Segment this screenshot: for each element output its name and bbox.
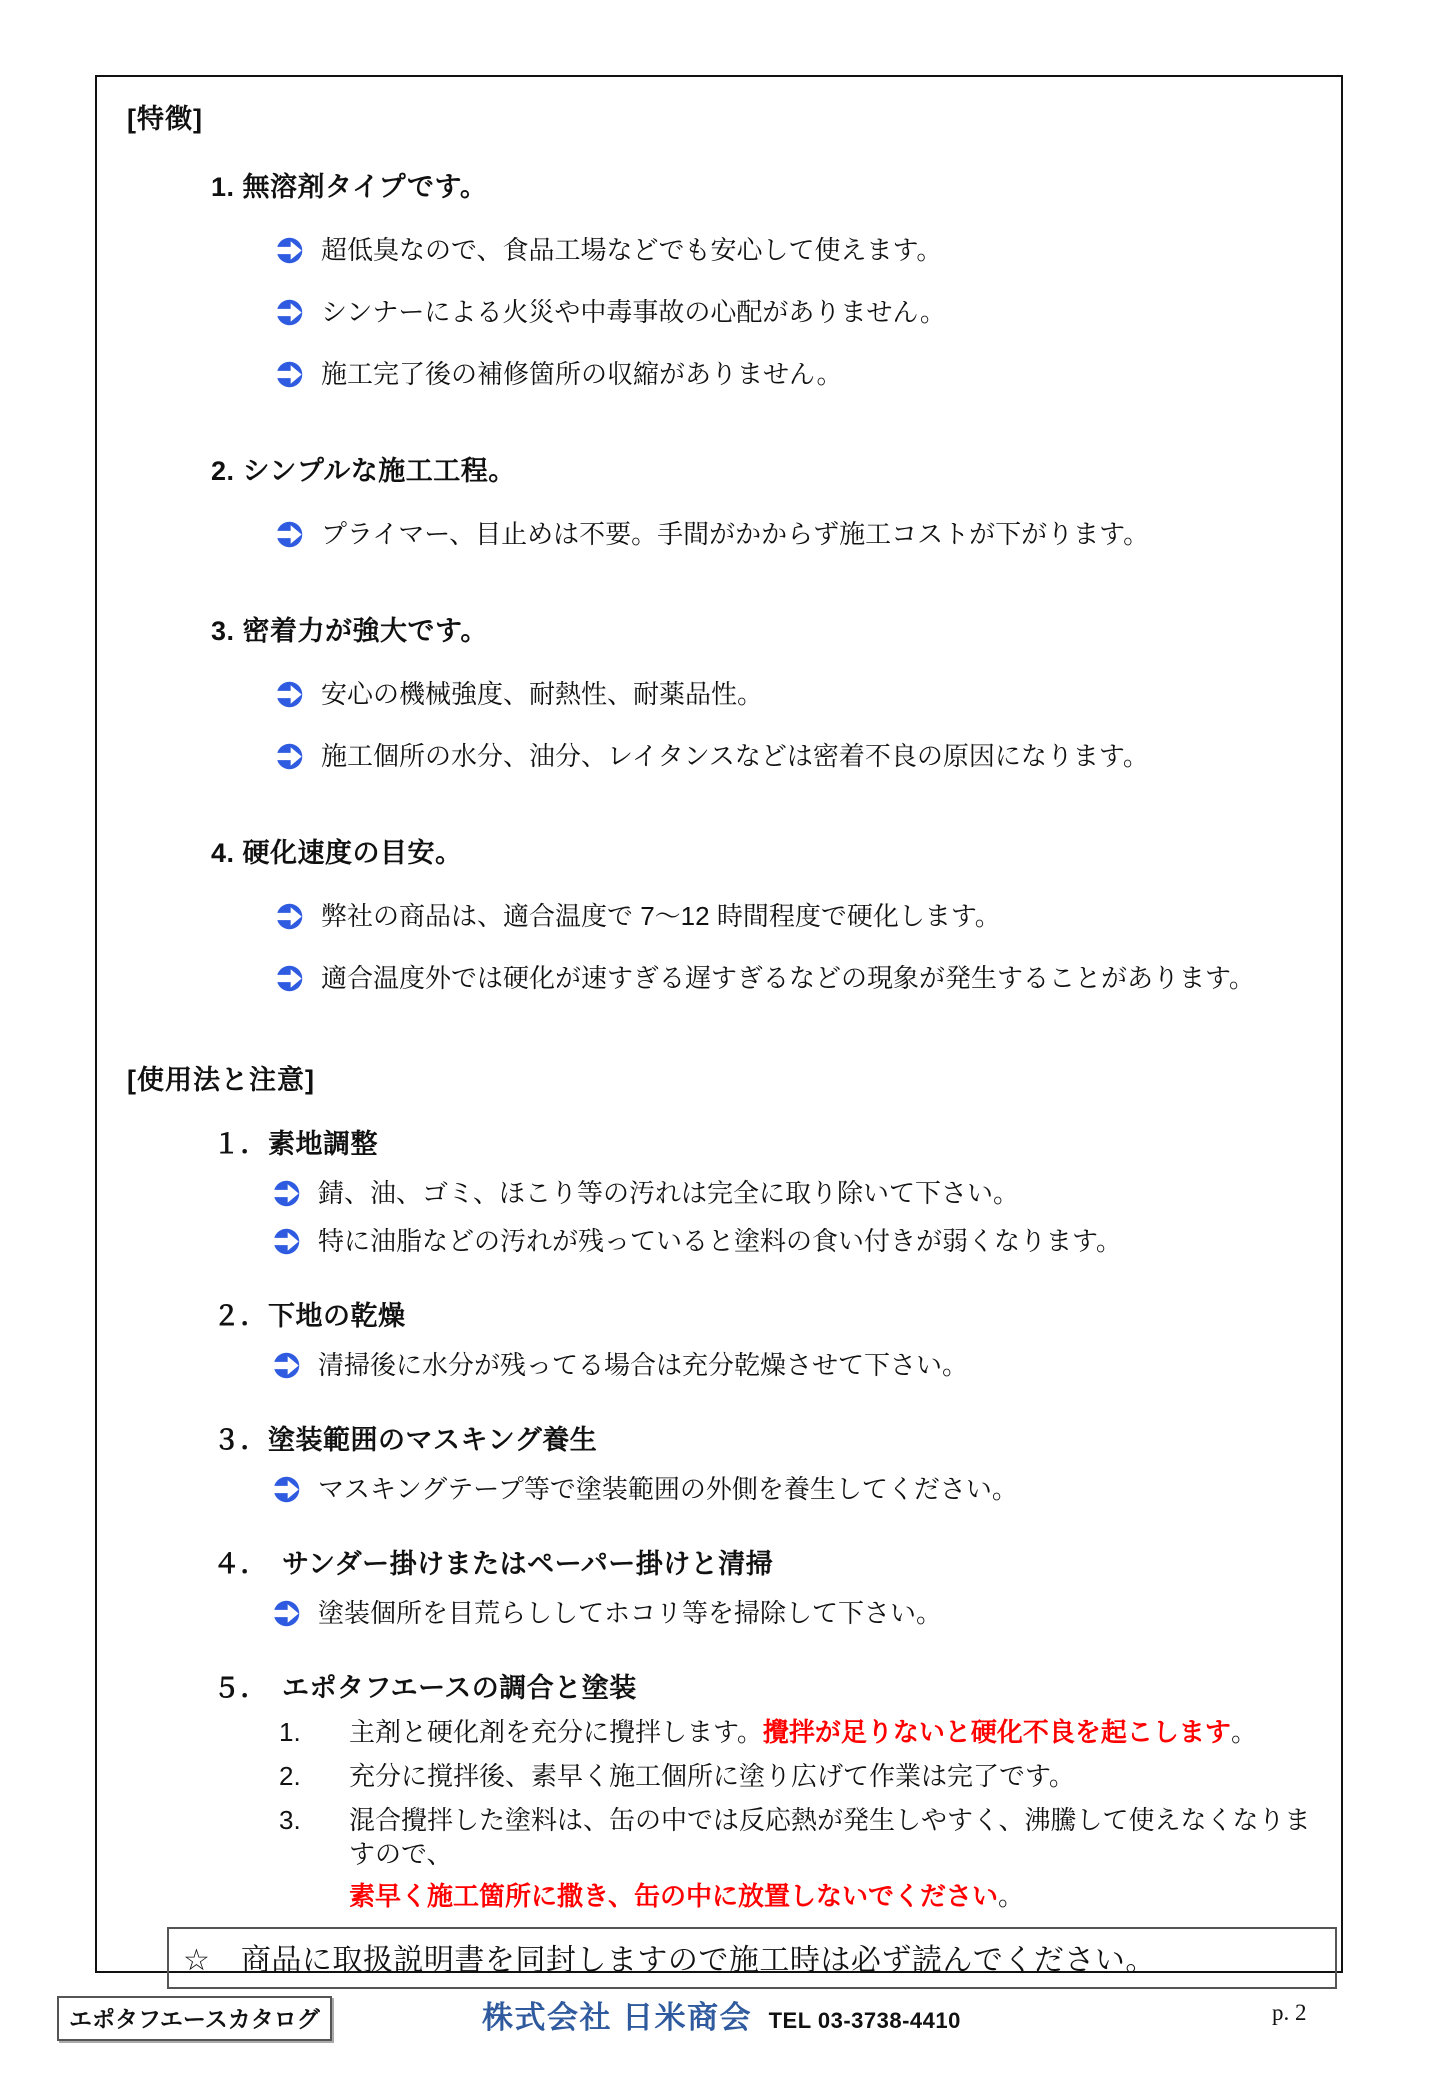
list-item: １．素地調整錆、油、ゴミ、ほこり等の汚れは完全に取り除いて下さい。特に油脂などの… [127,1127,1311,1257]
item-heading: ３．塗装範囲のマスキング養生 [213,1423,1311,1457]
bullet-text: 錆、油、ゴミ、ほこり等の汚れは完全に取り除いて下さい。 [318,1177,1019,1209]
bullet-item: 施工個所の水分、油分、レイタンスなどは密着不良の原因になります。 [275,740,1311,772]
arrow-right-circle-icon [275,902,304,931]
sub-number: 2. [279,1759,349,1793]
bullet-item: マスキングテープ等で塗装範囲の外側を養生してください。 [272,1473,1311,1505]
arrow-right-circle-icon [272,1351,301,1380]
bullet-text: 安心の機械強度、耐熱性、耐薬品性。 [321,678,763,710]
catalog-label-box: エポタフエースカタログ [57,1996,332,2041]
plain-text: 。 [1231,1717,1257,1747]
company-line: 株式会社 日米商会 TEL 03-3738-4410 [482,1992,961,2037]
content-frame: [特徴]1. 無溶剤タイプです。超低臭なので、食品工場などでも安心して使えます。… [95,75,1343,1973]
arrow-right-circle-icon [272,1475,301,1504]
list-item: ４． サンダー掛けまたはペーパー掛けと清掃塗装個所を目荒らししてホコリ等を掃除し… [127,1547,1311,1629]
list-item: 2. シンプルな施工工程。プライマー、目止めは不要。手間がかからず施工コストが下… [127,454,1311,550]
arrow-right-circle-icon [275,742,304,771]
bullet-item: 施工完了後の補修箇所の収縮がありません。 [275,358,1311,390]
numbered-item: 2.充分に撹拌後、素早く施工個所に塗り広げて作業は完了です。 [279,1759,1311,1793]
section-features: [特徴]1. 無溶剤タイプです。超低臭なので、食品工場などでも安心して使えます。… [127,97,1311,994]
arrow-right-circle-icon [275,298,304,327]
bullet-item: 錆、油、ゴミ、ほこり等の汚れは完全に取り除いて下さい。 [272,1177,1311,1209]
item-heading: 2. シンプルな施工工程。 [211,454,1311,488]
bullet-text: 超低臭なので、食品工場などでも安心して使えます。 [321,234,942,266]
bullet-text: 施工完了後の補修箇所の収縮がありません。 [321,358,843,390]
emphasis-text: 攪拌が足りないと硬化不良を起こします [763,1717,1231,1747]
arrow-right-circle-icon [275,680,304,709]
arrow-right-circle-icon [275,964,304,993]
section-usage: [使用法と注意]１．素地調整錆、油、ゴミ、ほこり等の汚れは完全に取り除いて下さい… [127,1058,1311,1913]
bullet-text: 特に油脂などの汚れが残っていると塗料の食い付きが弱くなります。 [318,1225,1122,1257]
plain-text: 。 [998,1881,1024,1911]
arrow-right-circle-icon [272,1227,301,1256]
sub-number: 3. [279,1803,349,1913]
item-heading: １．素地調整 [213,1127,1311,1161]
item-heading: ２．下地の乾燥 [213,1299,1311,1333]
company-name: 株式会社 日米商会 [482,2000,752,2035]
document-page: [特徴]1. 無溶剤タイプです。超低臭なので、食品工場などでも安心して使えます。… [0,0,1444,2078]
numbered-item: 3.混合攪拌した塗料は、缶の中では反応熱が発生しやすく、沸騰して使えなくなります… [279,1803,1311,1913]
numbered-item: 1.主剤と硬化剤を充分に攪拌します。攪拌が足りないと硬化不良を起こします。 [279,1715,1311,1749]
list-item: ２．下地の乾燥清掃後に水分が残ってる場合は充分乾燥させて下さい。 [127,1299,1311,1381]
arrow-right-circle-icon [272,1179,301,1208]
list-item: 1. 無溶剤タイプです。超低臭なので、食品工場などでも安心して使えます。シンナー… [127,170,1311,390]
bullet-text: プライマー、目止めは不要。手間がかからず施工コストが下がります。 [321,518,1149,550]
list-item: ５． エポタフエースの調合と塗装1.主剤と硬化剤を充分に攪拌します。攪拌が足りな… [127,1671,1311,1913]
bullet-text: マスキングテープ等で塗装範囲の外側を養生してください。 [318,1473,1018,1505]
bullet-text: シンナーによる火災や中毒事故の心配がありません。 [321,296,946,328]
numbered-text: 主剤と硬化剤を充分に攪拌します。攪拌が足りないと硬化不良を起こします。 [349,1715,1311,1749]
sub-number: 1. [279,1715,349,1749]
numbered-text-continuation: 素早く施工箇所に撒き、缶の中に放置しないでください。 [349,1879,1311,1913]
emphasis-text: 素早く施工箇所に撒き、缶の中に放置しないでください [349,1881,998,1911]
bullet-item: プライマー、目止めは不要。手間がかからず施工コストが下がります。 [275,518,1311,550]
bullet-item: 塗装個所を目荒らししてホコリ等を掃除して下さい。 [272,1597,1311,1629]
bullet-item: 特に油脂などの汚れが残っていると塗料の食い付きが弱くなります。 [272,1225,1311,1257]
item-heading: 1. 無溶剤タイプです。 [211,170,1311,204]
notice-box: ☆ 商品に取扱説明書を同封しますので施工時は必ず読んでください。 [167,1927,1337,1989]
bullet-item: 超低臭なので、食品工場などでも安心して使えます。 [275,234,1311,266]
numbered-text: 充分に撹拌後、素早く施工個所に塗り広げて作業は完了です。 [349,1759,1311,1793]
list-item: 3. 密着力が強大です。安心の機械強度、耐熱性、耐薬品性。施工個所の水分、油分、… [127,614,1311,772]
bullet-item: 安心の機械強度、耐熱性、耐薬品性。 [275,678,1311,710]
list-item: ３．塗装範囲のマスキング養生マスキングテープ等で塗装範囲の外側を養生してください… [127,1423,1311,1505]
section-title: [使用法と注意] [127,1058,1311,1097]
notice-text: ☆ 商品に取扱説明書を同封しますので施工時は必ず読んでください。 [183,1944,1156,1977]
arrow-right-circle-icon [275,520,304,549]
list-item: 4. 硬化速度の目安。弊社の商品は、適合温度で 7～12 時間程度で硬化します。… [127,836,1311,994]
plain-text: 主剤と硬化剤を充分に攪拌します。 [349,1717,763,1747]
bullet-item: シンナーによる火災や中毒事故の心配がありません。 [275,296,1311,328]
page-number: p. 2 [1272,2000,1307,2026]
item-heading: ５． エポタフエースの調合と塗装 [213,1671,1311,1705]
item-heading: 3. 密着力が強大です。 [211,614,1311,648]
plain-text: 混合攪拌した塗料は、缶の中では反応熱が発生しやすく、沸騰して使えなくなりますので… [349,1805,1310,1869]
bullet-item: 適合温度外では硬化が速すぎる遅すぎるなどの現象が発生することがあります。 [275,962,1311,994]
item-heading: ４． サンダー掛けまたはペーパー掛けと清掃 [213,1547,1311,1581]
sections-container: [特徴]1. 無溶剤タイプです。超低臭なので、食品工場などでも安心して使えます。… [127,97,1311,1913]
arrow-right-circle-icon [275,360,304,389]
item-heading: 4. 硬化速度の目安。 [211,836,1311,870]
section-title: [特徴] [127,97,1311,136]
arrow-right-circle-icon [272,1599,301,1628]
numbered-text: 混合攪拌した塗料は、缶の中では反応熱が発生しやすく、沸騰して使えなくなりますので… [349,1803,1311,1913]
page-footer: エポタフエースカタログ 株式会社 日米商会 TEL 03-3738-4410 p… [0,1990,1444,2060]
bullet-text: 施工個所の水分、油分、レイタンスなどは密着不良の原因になります。 [321,740,1149,772]
plain-text: 充分に撹拌後、素早く施工個所に塗り広げて作業は完了です。 [349,1761,1075,1791]
bullet-text: 清掃後に水分が残ってる場合は充分乾燥させて下さい。 [318,1349,968,1381]
catalog-label: エポタフエースカタログ [69,2006,320,2032]
phone-number: TEL 03-3738-4410 [769,2008,961,2033]
bullet-text: 弊社の商品は、適合温度で 7～12 時間程度で硬化します。 [321,900,1001,932]
bullet-text: 塗装個所を目荒らししてホコリ等を掃除して下さい。 [318,1597,942,1629]
arrow-right-circle-icon [275,236,304,265]
bullet-item: 清掃後に水分が残ってる場合は充分乾燥させて下さい。 [272,1349,1311,1381]
bullet-text: 適合温度外では硬化が速すぎる遅すぎるなどの現象が発生することがあります。 [321,962,1255,994]
bullet-item: 弊社の商品は、適合温度で 7～12 時間程度で硬化します。 [275,900,1311,932]
